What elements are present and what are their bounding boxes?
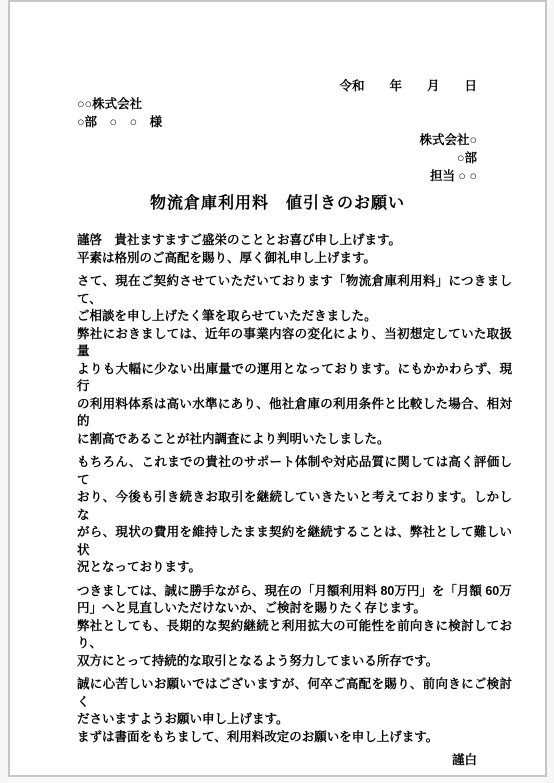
- paragraph-greeting: 謹啓 貴社ますますご盛栄のこととお喜び申し上げます。 平素は格別のご高配を賜り、…: [77, 232, 512, 267]
- closing-word: 謹白: [77, 752, 512, 770]
- paragraph-proposal: つきましては、誠に勝手ながら、現在の「月額利用料 80万円」を「月額 60万 円…: [77, 583, 512, 671]
- letter-title: 物流倉庫利用料 値引きのお願い: [10, 195, 545, 213]
- letter-body: 謹啓 貴社ますますご盛栄のこととお喜び申し上げます。 平素は格別のご高配を賜り、…: [77, 232, 512, 770]
- paragraph-closing-request: 誠に心苦しいお願いではございますが、何卒ご高配を賜り、前向きにご検討く ださいま…: [77, 676, 512, 746]
- sender-contact: 担当 ○ ○: [77, 167, 512, 185]
- recipient-person: ○部 ○ ○ 様: [77, 113, 512, 131]
- paragraph-request-intro: さて、現在ご契約させていただいております「物流倉庫利用料」につきまして、 ご相談…: [77, 273, 512, 448]
- sender-department: ○部: [77, 149, 512, 167]
- document-viewport: 令和 年 月 日 ○○株式会社 ○部 ○ ○ 様 株式会社○ ○部 担当 ○ ○…: [0, 0, 554, 783]
- sender-company: 株式会社○: [77, 131, 512, 149]
- letter-header: 令和 年 月 日 ○○株式会社 ○部 ○ ○ 様 株式会社○ ○部 担当 ○ ○: [77, 77, 512, 185]
- letter-page: 令和 年 月 日 ○○株式会社 ○部 ○ ○ 様 株式会社○ ○部 担当 ○ ○…: [8, 0, 547, 777]
- date-line: 令和 年 月 日: [77, 77, 512, 95]
- paragraph-evaluation: もちろん、これまでの貴社のサポート体制や対応品質に関しては高く評価して おり、今…: [77, 454, 512, 577]
- recipient-company: ○○株式会社: [77, 95, 512, 113]
